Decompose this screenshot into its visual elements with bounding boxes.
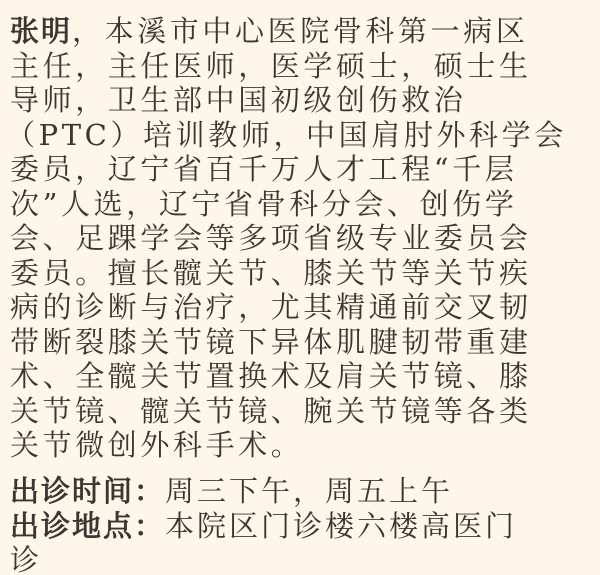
clinic-location-label: 出诊地点：: [10, 509, 165, 543]
bio-line: （PTC）培训教师，中国肩肘外科学会: [6, 118, 596, 153]
doctor-biography: 张明，本溪市中心医院骨科第一病区 主任，主任医师，医学硕士，硕士生 导师，卫生部…: [10, 14, 596, 463]
bio-line: 术、全髋关节置换术及肩关节镜、膝: [10, 359, 596, 394]
bio-line: 会、足踝学会等多项省级专业委员会: [10, 221, 596, 256]
bio-line: 病的诊断与治疗，尤其精通前交叉韧: [10, 290, 596, 325]
clinic-time-label: 出诊时间：: [10, 474, 165, 508]
bio-line: 次”人选，辽宁省骨科分会、创伤学: [10, 187, 596, 222]
bio-line: 关节镜、髋关节镜、腕关节镜等各类: [10, 394, 596, 429]
clinic-time-value: 周三下午，周五上午: [165, 474, 453, 508]
clinic-location-row-continued: 诊: [10, 544, 596, 575]
bio-line: 张明，本溪市中心医院骨科第一病区: [10, 14, 596, 49]
bio-line: 导师，卫生部中国初级创伤救治: [10, 83, 596, 118]
doctor-profile-page: 张明，本溪市中心医院骨科第一病区 主任，主任医师，医学硕士，硕士生 导师，卫生部…: [0, 0, 600, 575]
bio-text: ，本溪市中心医院骨科第一病区: [72, 14, 528, 48]
clinic-info: 出诊时间：周三下午，周五上午 出诊地点：本院区门诊楼六楼高医门 诊: [10, 475, 596, 575]
bio-line: 主任，主任医师，医学硕士，硕士生: [10, 49, 596, 84]
bio-line: 委员。擅长髋关节、膝关节等关节疾: [10, 256, 596, 291]
clinic-location-value: 本院区门诊楼六楼高医门: [165, 509, 517, 543]
clinic-location-row: 出诊地点：本院区门诊楼六楼高医门: [10, 510, 596, 545]
bio-line: 委员，辽宁省百千万人才工程“千层: [10, 152, 596, 187]
bio-line: 关节微创外科手术。: [10, 428, 596, 463]
bio-line: 带断裂膝关节镜下异体肌腱韧带重建: [10, 325, 596, 360]
doctor-name: 张明: [10, 14, 72, 48]
clinic-time-row: 出诊时间：周三下午，周五上午: [10, 475, 596, 510]
